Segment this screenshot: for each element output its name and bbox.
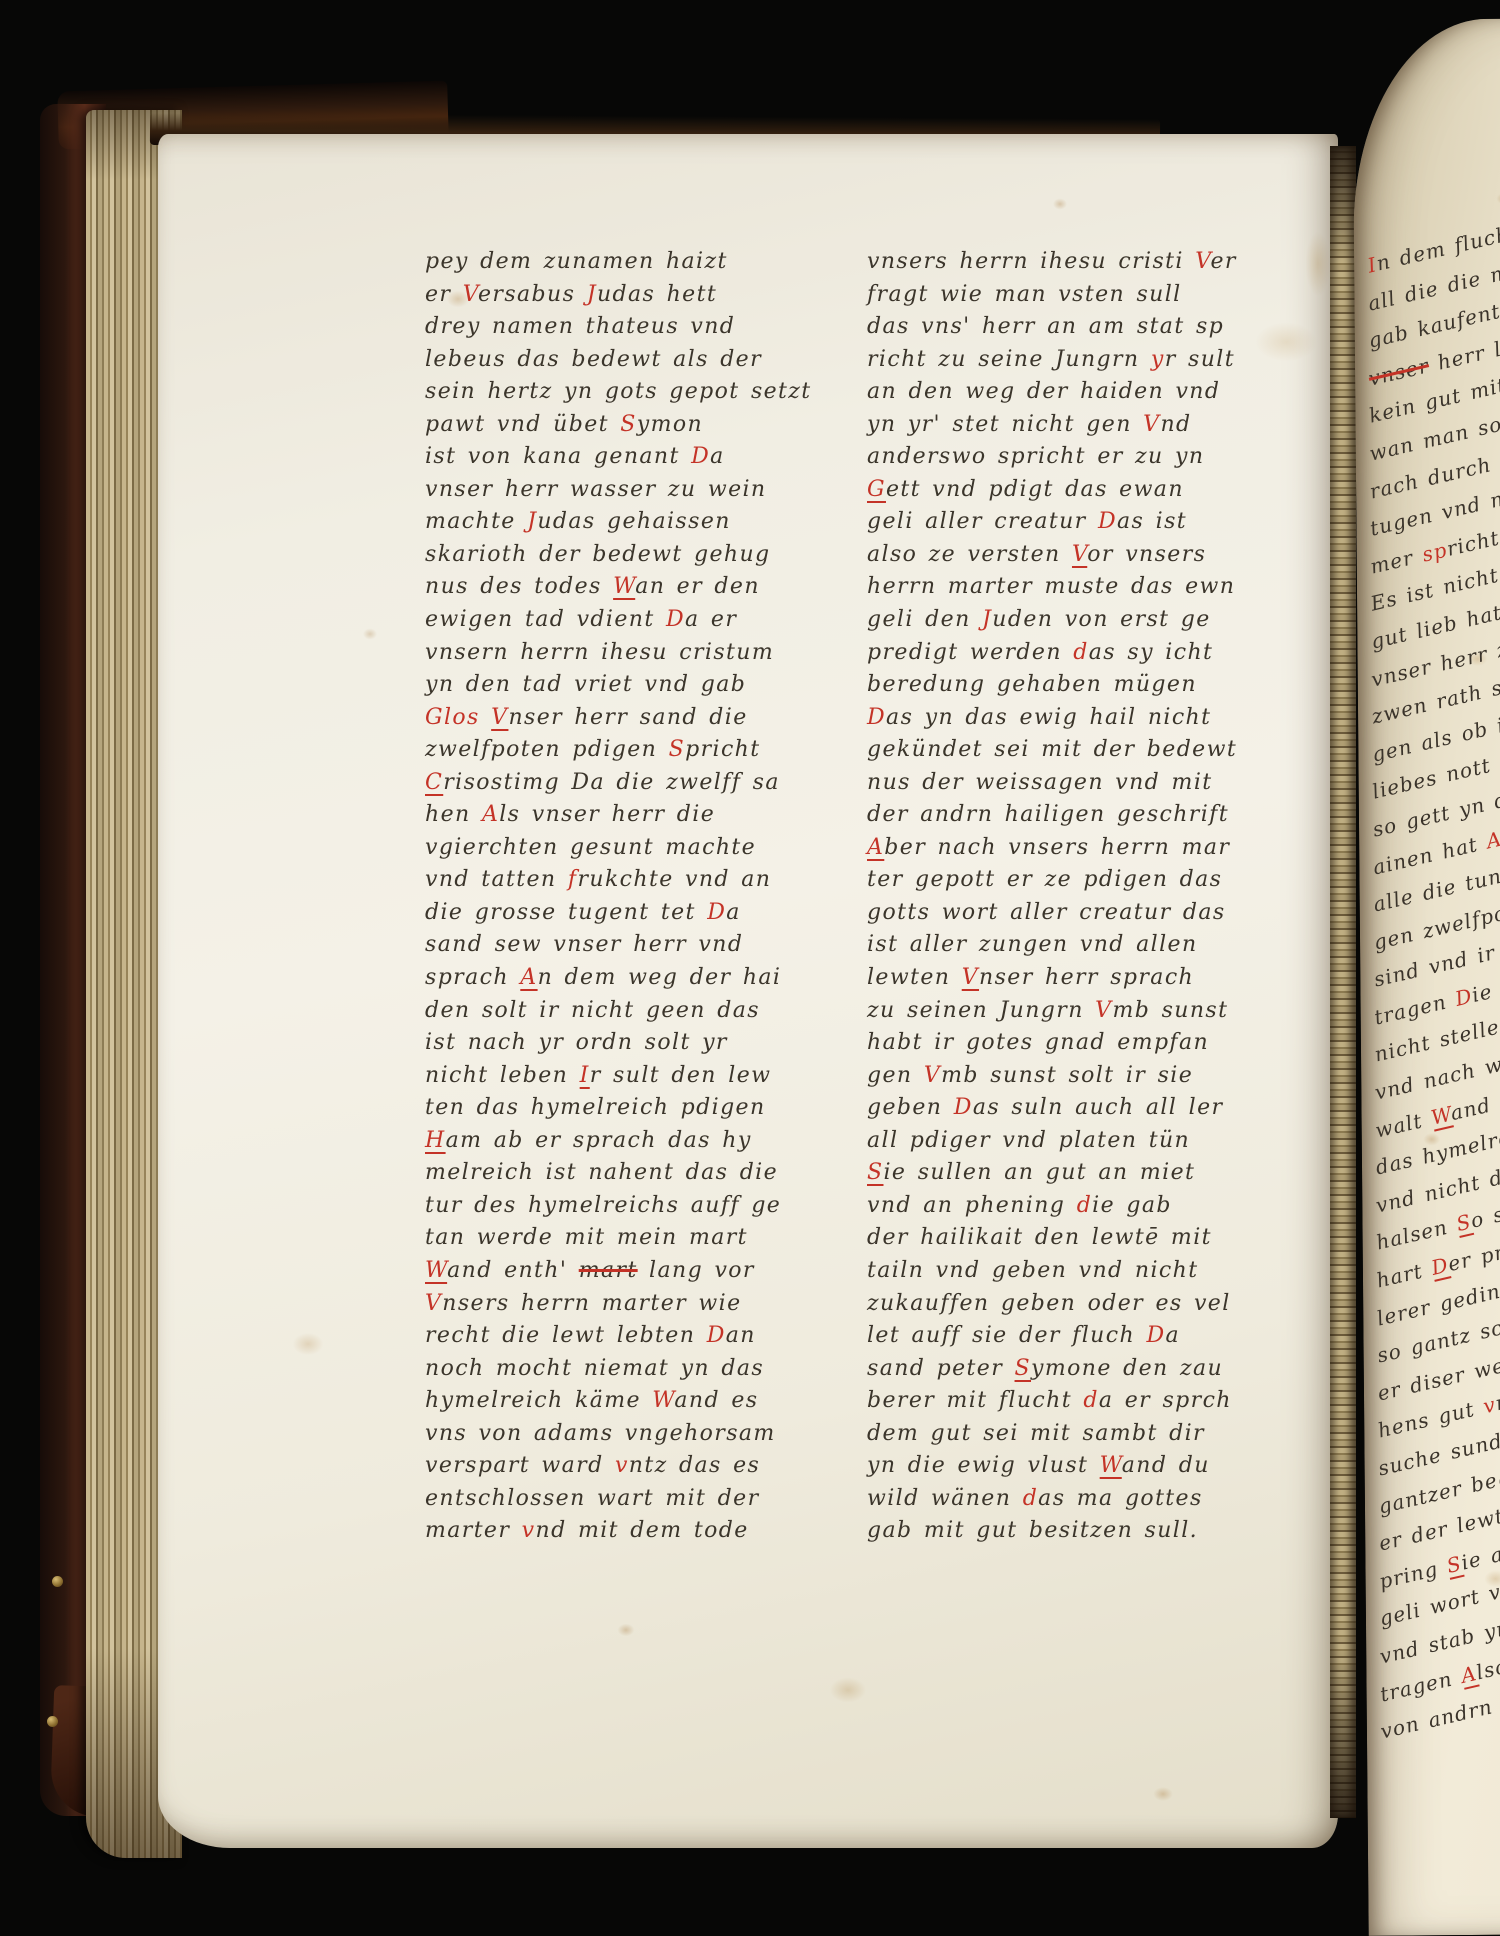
text-line: sand peter Symone den zau	[867, 1353, 1211, 1386]
text-line: pawt vnd übet Symon	[425, 409, 769, 442]
ink-text: yn den tad vriet vnd gab	[425, 672, 746, 697]
text-line: vns von adams vngehorsam	[425, 1418, 769, 1451]
ink-text: lewten	[867, 965, 962, 990]
ink-text: r sult	[1165, 347, 1235, 372]
ink-text: herrn marter muste das ewn	[867, 574, 1235, 599]
ink-text: a	[710, 444, 725, 469]
ink-text: melreich ist nahent das die	[425, 1160, 778, 1185]
rubricated-text: H	[425, 1128, 446, 1153]
text-line: ewigen tad vdient Da er	[425, 604, 769, 637]
text-line: Das yn das ewig hail nicht	[867, 702, 1211, 735]
ink-text: all pdiger vnd platen tün	[867, 1128, 1190, 1153]
ink-text: dem gut sei mit sambt dir	[867, 1421, 1205, 1446]
ink-text: risostimg Da die zwelff sa	[443, 770, 780, 795]
manuscript-open-page: pey dem zunamen haizter Versabus Judas h…	[158, 134, 1338, 1848]
text-line: fragt wie man vsten sull	[867, 279, 1211, 312]
ink-text: nd mit dem tode	[536, 1518, 749, 1543]
rubricated-text: D	[707, 1323, 726, 1348]
ink-text: entschlossen wart mit der	[425, 1486, 760, 1511]
ink-text: er	[425, 282, 463, 307]
text-line: tailn vnd geben vnd nicht	[867, 1255, 1211, 1288]
ink-text: and du	[1122, 1453, 1210, 1478]
text-line: all pdiger vnd platen tün	[867, 1125, 1211, 1158]
ink-text: mer	[1368, 543, 1425, 578]
ink-text: ett vnd pdigt das ewan	[886, 477, 1184, 502]
ink-text: nser herr sprach	[979, 965, 1194, 990]
text-line: vgierchten gesunt machte	[425, 832, 769, 865]
ink-text: das vns' herr an am stat sp	[867, 314, 1224, 339]
ink-text: vnd an phening	[867, 1193, 1077, 1218]
ink-text: den solt ir nicht geen das	[425, 998, 760, 1023]
text-line: vnsern herrn ihesu cristum	[425, 637, 769, 670]
ink-text: pricht	[685, 737, 760, 762]
ink-text: habt ir gotes gnad empfan	[867, 1030, 1209, 1055]
ink-text: lebeus das bedewt als der	[425, 347, 762, 372]
ink-text: also ze versten	[867, 542, 1072, 567]
text-line: ten das hymelreich pdigen	[425, 1092, 769, 1125]
rubricated-text: d	[1077, 1193, 1092, 1218]
ink-text: machte	[425, 509, 527, 534]
ink-text: as sy icht	[1089, 640, 1213, 665]
rubricated-text: V	[1072, 542, 1087, 567]
text-line: predigt werden das sy icht	[867, 637, 1211, 670]
rubricated-text: D	[666, 607, 685, 632]
text-line: beredung gehaben mügen	[867, 669, 1211, 702]
ink-text: die grosse tugent tet	[425, 900, 707, 925]
ink-text: nus der weissagen vnd mit	[867, 770, 1213, 795]
ink-text: er	[1210, 249, 1236, 274]
ink-text: lang vor	[638, 1258, 755, 1283]
rubricated-text: A	[482, 802, 499, 827]
ink-text: ie sullen an gut an miet	[883, 1160, 1195, 1185]
ink-text: vnser herr wasser zu wein	[425, 477, 767, 502]
rubricated-text: W	[652, 1388, 674, 1413]
rubricated-text: v	[522, 1518, 536, 1543]
ink-text: hen	[425, 802, 482, 827]
text-line: habt ir gotes gnad empfan	[867, 1027, 1211, 1060]
ink-text: an	[726, 1323, 756, 1348]
ink-text: as yn das ewig hail nicht	[886, 705, 1211, 730]
ink-text: gekündet sei mit der bedewt	[867, 737, 1237, 762]
ink-text: as suln auch all ler	[973, 1095, 1224, 1120]
text-line: geben Das suln auch all ler	[867, 1092, 1211, 1125]
brass-pin-icon	[52, 1576, 63, 1587]
ink-text: ist nach yr ordn solt yr	[425, 1030, 728, 1055]
ink-text: drey namen thateus vnd	[425, 314, 735, 339]
ink-text: hymelreich käme	[425, 1388, 652, 1413]
left-text-column: pey dem zunamen haizter Versabus Judas h…	[425, 246, 769, 1548]
rubricated-text: d	[1083, 1388, 1098, 1413]
ink-text: nicht leben	[425, 1063, 580, 1088]
text-line: nicht leben Ir sult den lew	[425, 1060, 769, 1093]
rubricated-text: S	[1015, 1356, 1031, 1381]
ink-text: ewigen tad vdient	[425, 607, 666, 632]
rubricated-text: D	[867, 705, 886, 730]
text-line: hen Als vnser herr die	[425, 799, 769, 832]
text-line: Sie sullen an gut an miet	[867, 1157, 1211, 1190]
ink-text: geli den	[867, 607, 982, 632]
ink-text: walt	[1373, 1106, 1434, 1142]
text-line: yn den tad vriet vnd gab	[425, 669, 769, 702]
text-line: ist aller zungen vnd allen	[867, 929, 1211, 962]
ink-text: an den weg der haiden vnd	[867, 379, 1220, 404]
ink-text: ten das hymelreich pdigen	[425, 1095, 766, 1120]
ink-text: ist aller zungen vnd allen	[867, 932, 1198, 957]
ink-text: let auff sie der fluch	[867, 1323, 1146, 1348]
rubricated-text: W	[425, 1258, 447, 1283]
ink-text: as ist	[1117, 509, 1187, 534]
ink-text: anderswo spricht er zu yn	[867, 444, 1204, 469]
text-line: let auff sie der fluch Da	[867, 1320, 1211, 1353]
ink-text: richt zu seine Jungrn	[867, 347, 1151, 372]
rubricated-text: V	[962, 965, 979, 990]
text-line: ist nach yr ordn solt yr	[425, 1027, 769, 1060]
text-line: noch mocht niemat yn das	[425, 1353, 769, 1386]
ink-text: ymon	[637, 412, 703, 437]
rubricated-text: y	[1151, 347, 1165, 372]
text-line: Aber nach vnsers herrn mar	[867, 832, 1211, 865]
ink-text: beredung gehaben mügen	[867, 672, 1197, 697]
rubricated-text: V	[425, 1291, 442, 1316]
ink-text: ist von kana genant	[425, 444, 691, 469]
text-line: also ze versten Vor vnsers	[867, 539, 1211, 572]
ink-text: predigt werden	[867, 640, 1073, 665]
ink-text: ie gab	[1092, 1193, 1172, 1218]
rubricated-text: J	[982, 607, 992, 632]
ink-text: am ab er sprach das hy	[446, 1128, 752, 1153]
text-line: vnser herr wasser zu wein	[425, 474, 769, 507]
ink-text: a	[726, 900, 741, 925]
rubricated-text: D	[707, 900, 726, 925]
rubricated-text: J	[527, 509, 537, 534]
ink-text: skarioth der bedewt gehug	[425, 542, 771, 567]
text-line: nus der weissagen vnd mit	[867, 767, 1211, 800]
text-line: tan werde mit mein mart	[425, 1222, 769, 1255]
ink-text: mart	[579, 1258, 638, 1283]
ink-text: nser herr sand die	[508, 705, 747, 730]
text-line: tur des hymelreichs auff ge	[425, 1190, 769, 1223]
text-line: entschlossen wart mit der	[425, 1483, 769, 1516]
ink-text: rukchte vnd an	[577, 867, 771, 892]
text-line: marter vnd mit dem tode	[425, 1515, 769, 1548]
ink-text: ntz das es	[629, 1453, 760, 1478]
text-line: machte Judas gehaissen	[425, 506, 769, 539]
brass-pin-icon	[47, 1716, 58, 1727]
ink-text: yn die ewig vlust	[867, 1453, 1100, 1478]
rubricated-text: W	[613, 574, 635, 599]
text-line: er Versabus Judas hett	[425, 279, 769, 312]
ink-text: vnsern herrn ihesu cristum	[425, 640, 774, 665]
text-line: recht die lewt lebten Dan	[425, 1320, 769, 1353]
ink-text: geben	[867, 1095, 954, 1120]
text-line: sand sew vnser herr vnd	[425, 929, 769, 962]
ink-text: zwelfpoten pdigen	[425, 737, 669, 762]
ink-text: tur des hymelreichs auff ge	[425, 1193, 781, 1218]
rubricated-text: V	[1095, 998, 1112, 1023]
text-line: wild wänen das ma gottes	[867, 1483, 1211, 1516]
text-line: vnd tatten frukchte vnd an	[425, 864, 769, 897]
rubricated-text: S	[669, 737, 685, 762]
text-line: ist von kana genant Da	[425, 441, 769, 474]
text-line: berer mit flucht da er sprch	[867, 1385, 1211, 1418]
rubricated-text: S	[620, 412, 636, 437]
rubricated-text: A	[867, 835, 884, 860]
text-line: yn yr' stet nicht gen Vnd	[867, 409, 1211, 442]
text-line: Wand enth' mart lang vor	[425, 1255, 769, 1288]
rubricated-text: V	[463, 282, 478, 307]
ink-text: hart	[1374, 1257, 1434, 1293]
rubricated-text: D	[691, 444, 710, 469]
text-line: lewten Vnser herr sprach	[867, 962, 1211, 995]
rubricated-text: W	[1100, 1453, 1122, 1478]
ink-text: fragt wie man vsten sull	[867, 282, 1182, 307]
rubricated-text: D	[1098, 509, 1117, 534]
ink-text: pawt vnd übet	[425, 412, 620, 437]
ink-text: sein hertz yn gots gepot setzt	[425, 379, 812, 404]
text-line: gen Vmb sunst solt ir sie	[867, 1060, 1211, 1093]
text-line: vnsers herrn ihesu cristi Ver	[867, 246, 1211, 279]
text-line: lebeus das bedewt als der	[425, 344, 769, 377]
right-text-column: vnsers herrn ihesu cristi Verfragt wie m…	[867, 246, 1211, 1548]
text-line: Crisostimg Da die zwelff sa	[425, 767, 769, 800]
text-line: Vnsers herrn marter wie	[425, 1288, 769, 1321]
ink-text: a er	[685, 607, 737, 632]
ink-text: as ma gottes	[1038, 1486, 1203, 1511]
text-line: anderswo spricht er zu yn	[867, 441, 1211, 474]
ink-text: ymone den zau	[1031, 1356, 1223, 1381]
text-line: zwelfpoten pdigen Spricht	[425, 734, 769, 767]
ink-text: udas gehaissen	[537, 509, 730, 534]
text-line: gotts wort aller creatur das	[867, 897, 1211, 930]
text-line: drey namen thateus vnd	[425, 311, 769, 344]
ink-text: marter	[425, 1518, 522, 1543]
text-line: an den weg der haiden vnd	[867, 376, 1211, 409]
text-line: geli aller creatur Das ist	[867, 506, 1211, 539]
rubricated-text: d	[1073, 640, 1088, 665]
text-line: zukauffen geben oder es vel	[867, 1288, 1211, 1321]
ink-text: tan werde mit mein mart	[425, 1225, 748, 1250]
rubricated-text: V	[924, 1063, 941, 1088]
rubricated-text: G	[867, 477, 886, 502]
ink-text: vns von adams vngehorsam	[425, 1421, 776, 1446]
text-line: zu seinen Jungrn Vmb sunst	[867, 995, 1211, 1028]
ink-text: and es	[674, 1388, 758, 1413]
text-line: hymelreich käme Wand es	[425, 1385, 769, 1418]
rubricated-text: V	[1195, 249, 1210, 274]
ink-text: geli aller creatur	[867, 509, 1098, 534]
rubricated-text: d	[1023, 1486, 1038, 1511]
ink-text: ter gepott er ze pdigen das	[867, 867, 1222, 892]
ink-text: nus des todes	[425, 574, 613, 599]
text-line: Ham ab er sprach das hy	[425, 1125, 769, 1158]
ink-text: n dem weg der hai	[538, 965, 782, 990]
ink-text: r sult den lew	[590, 1063, 772, 1088]
rubricated-text: D	[954, 1095, 973, 1120]
text-line: der hailikait den lewtē mit	[867, 1222, 1211, 1255]
ink-text: ersabus	[478, 282, 587, 307]
ink-text: der andrn hailigen geschrift	[867, 802, 1229, 827]
text-line: Glos Vnser herr sand die	[425, 702, 769, 735]
ink-text: sand sew vnser herr vnd	[425, 932, 743, 957]
ink-text: gab mit gut besitzen sull.	[867, 1518, 1198, 1543]
ink-text: or vnsers	[1087, 542, 1206, 567]
ink-text: yn yr' stet nicht gen	[867, 412, 1143, 437]
lifted-next-page: In dem fluch sind avilall die die mt wis…	[1352, 18, 1500, 1936]
text-line: melreich ist nahent das die	[425, 1157, 769, 1190]
ink-text: and enth'	[447, 1258, 579, 1283]
ink-text: gen	[867, 1063, 924, 1088]
ink-text: berer mit flucht	[867, 1388, 1083, 1413]
text-line: vnd an phening die gab	[867, 1190, 1211, 1223]
ink-text: vgierchten gesunt machte	[425, 835, 756, 860]
text-line: yn die ewig vlust Wand du	[867, 1450, 1211, 1483]
text-line: dem gut sei mit sambt dir	[867, 1418, 1211, 1451]
ink-text: verspart ward	[425, 1453, 615, 1478]
rubricated-text: v	[615, 1453, 629, 1478]
rubricated-text: I	[580, 1063, 590, 1088]
text-line: Gett vnd pdigt das ewan	[867, 474, 1211, 507]
text-line: gekündet sei mit der bedewt	[867, 734, 1211, 767]
text-line: pey dem zunamen haizt	[425, 246, 769, 279]
ink-text: zu seinen Jungrn	[867, 998, 1095, 1023]
gutter-page-edges	[1330, 146, 1356, 1818]
rubricated-text: Glos	[425, 705, 491, 730]
rubricated-text: J	[587, 282, 597, 307]
ink-text: ber nach vnsers herrn mar	[884, 835, 1230, 860]
ink-text: pey dem zunamen haizt	[425, 249, 728, 274]
ink-text: mb sunst solt ir sie	[941, 1063, 1193, 1088]
text-line: herrn marter muste das ewn	[867, 571, 1211, 604]
ink-text: a er sprch	[1099, 1388, 1232, 1413]
text-line: das vns' herr an am stat sp	[867, 311, 1211, 344]
ink-text: nd	[1160, 412, 1191, 437]
text-line: richt zu seine Jungrn yr sult	[867, 344, 1211, 377]
ink-text: sand peter	[867, 1356, 1015, 1381]
text-line: geli den Juden von erst ge	[867, 604, 1211, 637]
ink-text: an er den	[635, 574, 760, 599]
text-line: nus des todes Wan er den	[425, 571, 769, 604]
ink-text: a	[1165, 1323, 1180, 1348]
next-page-text-column: In dem fluch sind avilall die die mt wis…	[1368, 245, 1500, 1752]
text-line: der andrn hailigen geschrift	[867, 799, 1211, 832]
text-line: sprach An dem weg der hai	[425, 962, 769, 995]
ink-text: zukauffen geben oder es vel	[867, 1291, 1231, 1316]
ink-text: wild wänen	[867, 1486, 1023, 1511]
ink-text: sprach	[425, 965, 520, 990]
text-line: skarioth der bedewt gehug	[425, 539, 769, 572]
text-line: verspart ward vntz das es	[425, 1450, 769, 1483]
ink-text: uden von erst ge	[992, 607, 1210, 632]
rubricated-text: D	[1146, 1323, 1165, 1348]
ink-text: nsers herrn marter wie	[442, 1291, 741, 1316]
rubricated-text: V	[491, 705, 508, 730]
text-line: gab mit gut besitzen sull.	[867, 1515, 1211, 1548]
ink-text: noch mocht niemat yn das	[425, 1356, 764, 1381]
ink-text: recht die lewt lebten	[425, 1323, 707, 1348]
ink-text: der hailikait den lewtē mit	[867, 1225, 1212, 1250]
rubricated-text: C	[425, 770, 443, 795]
ink-text: gotts wort aller creatur das	[867, 900, 1226, 925]
ink-text: vnd tatten	[425, 867, 568, 892]
text-line: den solt ir nicht geen das	[425, 995, 769, 1028]
ink-text: udas hett	[597, 282, 717, 307]
text-line: ter gepott er ze pdigen das	[867, 864, 1211, 897]
ink-text: mb sunst	[1112, 998, 1228, 1023]
text-line: die grosse tugent tet Da	[425, 897, 769, 930]
rubricated-text: S	[867, 1160, 883, 1185]
rubricated-text: A	[520, 965, 537, 990]
text-line: sein hertz yn gots gepot setzt	[425, 376, 769, 409]
manuscript-photo: pey dem zunamen haizter Versabus Judas h…	[0, 0, 1500, 1936]
rubricated-text: V	[1143, 412, 1160, 437]
ink-text: tailn vnd geben vnd nicht	[867, 1258, 1198, 1283]
ink-text: ls vnser herr die	[499, 802, 715, 827]
ink-text: vnsers herrn ihesu cristi	[867, 249, 1195, 274]
